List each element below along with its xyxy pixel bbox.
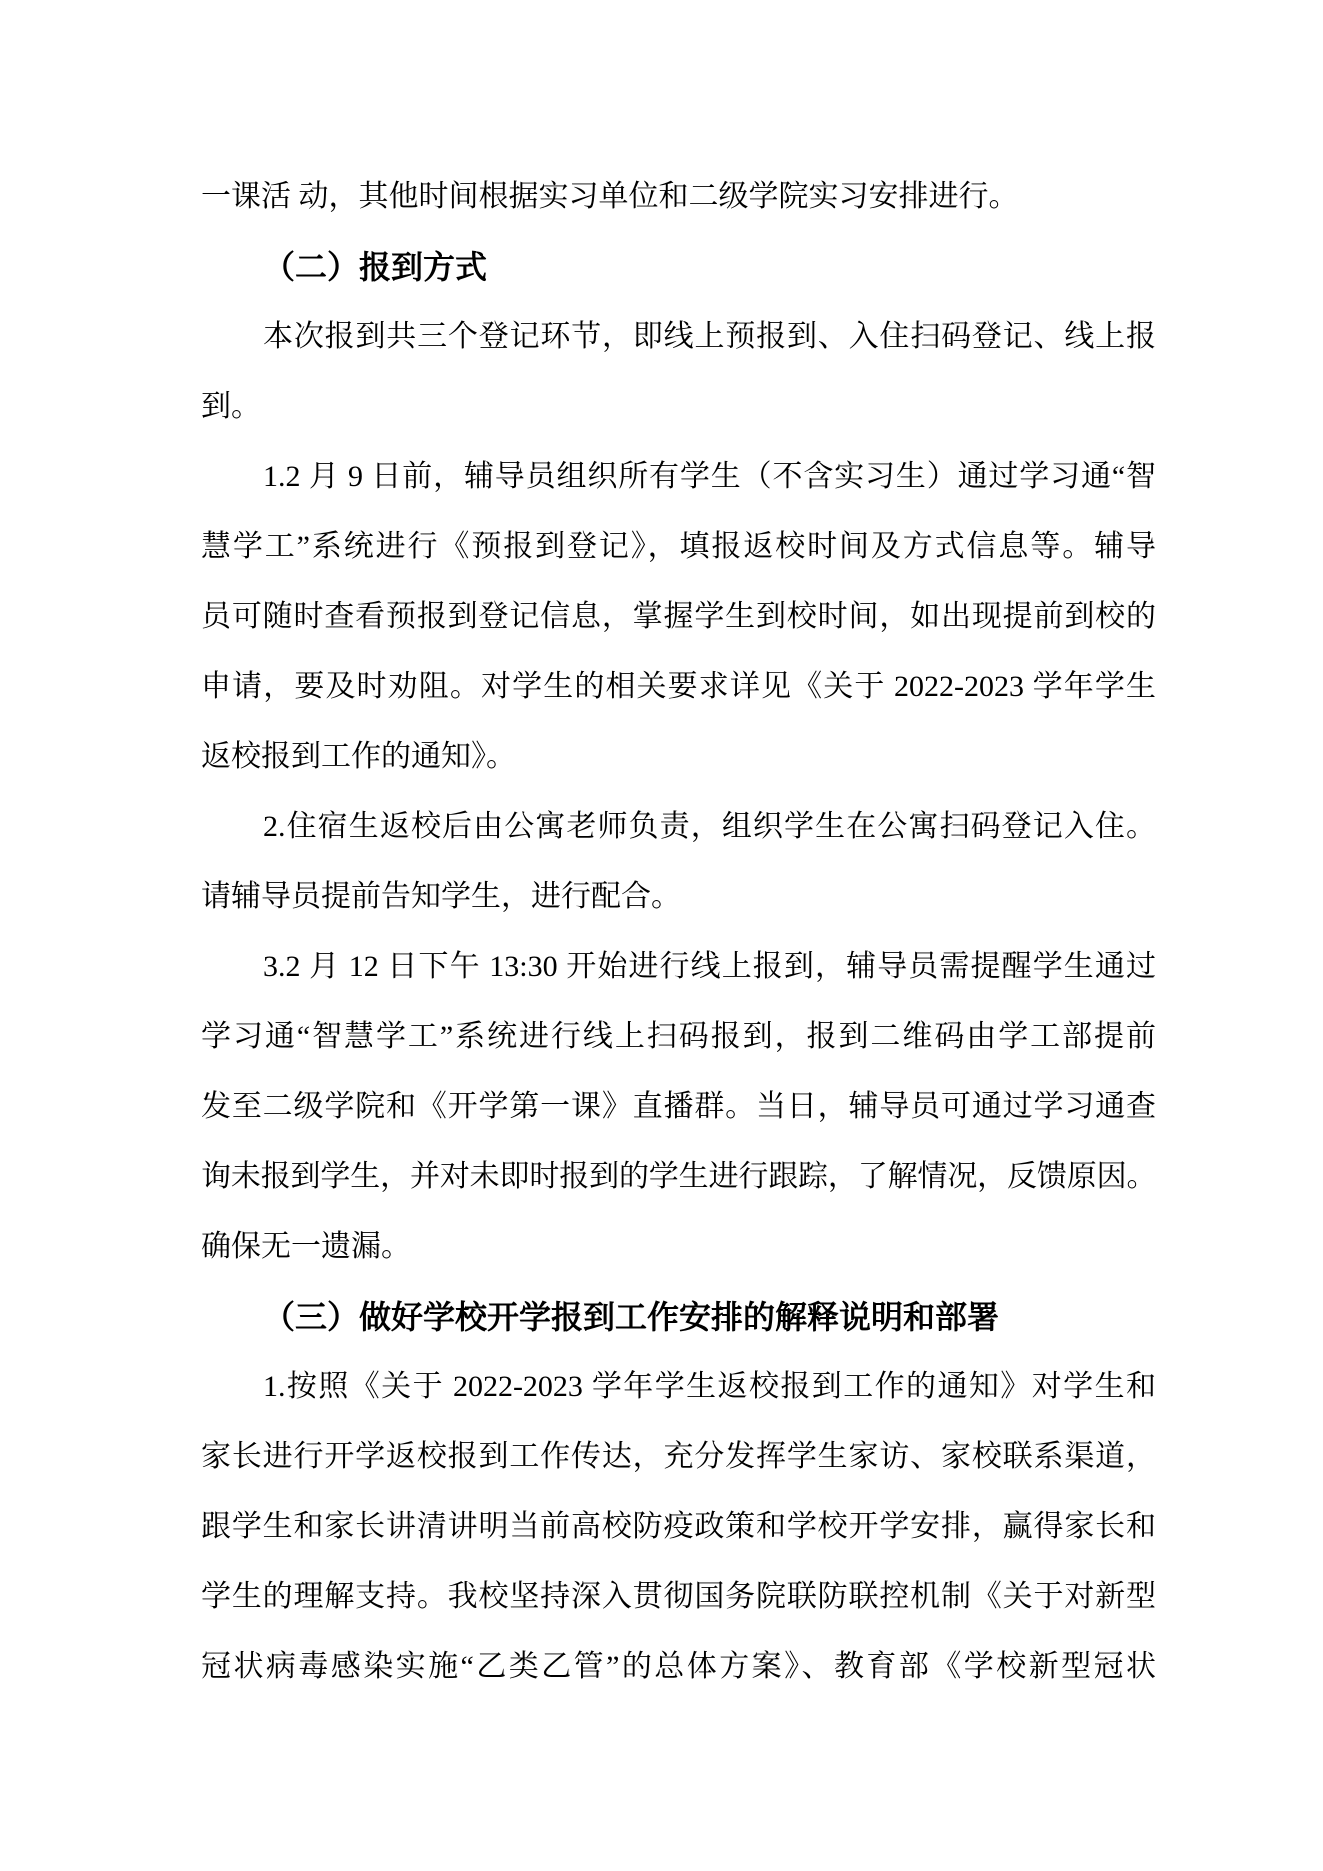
document-line: 1.按照《关于 2022-2023 学年学生返校报到工作的通知》对学生和 — [201, 1352, 1156, 1422]
document-line: 一课活 动，其他时间根据实习单位和二级学院实习安排进行。 — [201, 162, 1156, 232]
document-line: 3.2 月 12 日下午 13:30 开始进行线上报到，辅导员需提醒学生通过 — [201, 932, 1156, 1002]
document-line: 返校报到工作的通知》。 — [201, 722, 1156, 792]
document-line: 1.2 月 9 日前，辅导员组织所有学生（不含实习生）通过学习通“智 — [201, 442, 1156, 512]
document-text-column: 一课活 动，其他时间根据实习单位和二级学院实习安排进行。（二）报到方式本次报到共… — [201, 162, 1156, 1702]
document-line: 申请，要及时劝阻。对学生的相关要求详见《关于 2022-2023 学年学生 — [201, 652, 1156, 722]
document-line: 确保无一遗漏。 — [201, 1212, 1156, 1282]
document-line: 到。 — [201, 372, 1156, 442]
document-line: 请辅导员提前告知学生，进行配合。 — [201, 862, 1156, 932]
document-line: 发至二级学院和《开学第一课》直播群。当日，辅导员可通过学习通查 — [201, 1072, 1156, 1142]
section-heading: （三）做好学校开学报到工作安排的解释说明和部署 — [201, 1282, 1156, 1352]
document-line: 学习通“智慧学工”系统进行线上扫码报到，报到二维码由学工部提前 — [201, 1002, 1156, 1072]
document-line: 员可随时查看预报到登记信息，掌握学生到校时间，如出现提前到校的 — [201, 582, 1156, 652]
section-heading: （二）报到方式 — [201, 232, 1156, 302]
document-page: 一课活 动，其他时间根据实习单位和二级学院实习安排进行。（二）报到方式本次报到共… — [0, 0, 1323, 1871]
document-line: 慧学工”系统进行《预报到登记》，填报返校时间及方式信息等。辅导 — [201, 512, 1156, 582]
document-line: 冠状病毒感染实施“乙类乙管”的总体方案》、教育部《学校新型冠状 — [201, 1632, 1156, 1702]
document-line: 本次报到共三个登记环节，即线上预报到、入住扫码登记、线上报 — [201, 302, 1156, 372]
document-line: 学生的理解支持。我校坚持深入贯彻国务院联防联控机制《关于对新型 — [201, 1562, 1156, 1632]
document-line: 2.住宿生返校后由公寓老师负责，组织学生在公寓扫码登记入住。 — [201, 792, 1156, 862]
document-line: 询未报到学生，并对未即时报到的学生进行跟踪，了解情况，反馈原因。 — [201, 1142, 1156, 1212]
document-line: 家长进行开学返校报到工作传达，充分发挥学生家访、家校联系渠道， — [201, 1422, 1156, 1492]
document-line: 跟学生和家长讲清讲明当前高校防疫政策和学校开学安排，赢得家长和 — [201, 1492, 1156, 1562]
